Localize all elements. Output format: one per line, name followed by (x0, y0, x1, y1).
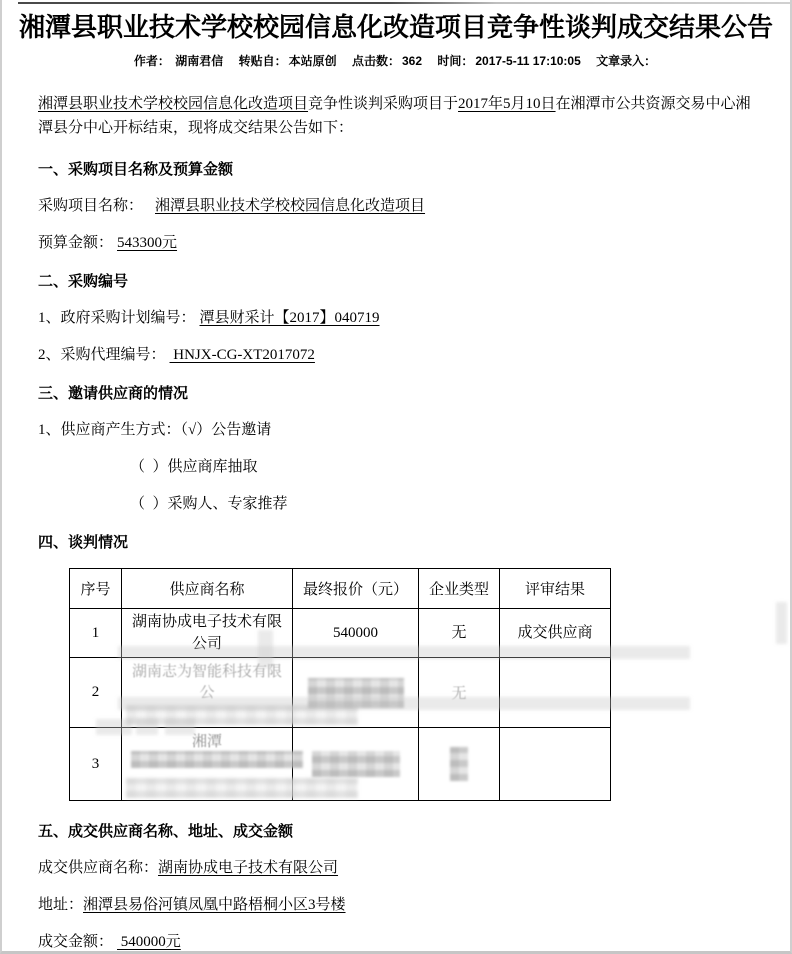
cell-result (500, 728, 611, 801)
meta-source-value: 本站原创 (289, 54, 337, 68)
meta-author-value: 湖南君信 (175, 54, 223, 68)
method-option-announcement: （√）公告邀请 (181, 422, 272, 438)
meta-time-value: 2017-5-11 17:10:05 (475, 54, 580, 68)
table-row: 3 湘潭 (70, 728, 611, 801)
intro-text-1: 竞争性谈判采购项目于 (308, 96, 458, 112)
meta-time: 时间：2017-5-11 17:10:05 (437, 54, 580, 68)
cell-price: 540000 (293, 609, 419, 658)
plan-number-label: 1、政府采购计划编号： (38, 310, 196, 326)
redaction-block (312, 751, 400, 777)
article-body: 湘潭县职业技术学校校园信息化改造项目竞争性谈判采购项目于2017年5月10日在湘… (2, 92, 790, 951)
agency-number-line: 2、采购代理编号： HNJX-CG-XT2017072 (38, 347, 760, 364)
meta-entry: 文章录入： (596, 54, 658, 68)
cell-type-redacted: 无 (419, 658, 500, 728)
budget-line: 预算金额：543300元 (38, 235, 760, 252)
winner-label: 成交供应商名称： (38, 860, 158, 876)
method-option-recommend: （ ）采购人、专家推荐 (38, 496, 760, 513)
redaction-block (308, 678, 404, 708)
redaction-block (450, 747, 468, 781)
meta-entry-label: 文章录入： (596, 54, 656, 68)
project-name-label: 采购项目名称： (38, 198, 143, 214)
address-label: 地址： (38, 897, 83, 913)
cell-seq: 3 (70, 728, 122, 801)
project-name-line: 采购项目名称：湘潭县职业技术学校校园信息化改造项目 (38, 198, 760, 215)
article-meta: 作者： 湖南君信 转贴自：本站原创 点击数：362 时间：2017-5-11 1… (2, 54, 790, 69)
section3-heading: 三、邀请供应商的情况 (38, 385, 760, 402)
redaction-block (126, 705, 358, 725)
redacted-supplier-text: 湖南志为智能科技有限公 (126, 660, 288, 702)
amount-line: 成交金额： 540000元 (38, 934, 760, 951)
col-header-supplier: 供应商名称 (122, 569, 293, 609)
meta-source-label: 转贴自： (239, 54, 287, 68)
meta-author-label: 作者： (134, 54, 170, 68)
table-row: 2 湖南志为智能科技有限公 无 (70, 658, 611, 728)
section1-heading: 一、采购项目名称及预算金额 (38, 161, 760, 178)
cell-result: 成交供应商 (500, 609, 611, 658)
col-header-result: 评审结果 (500, 569, 611, 609)
intro-project-name: 湘潭县职业技术学校校园信息化改造项目 (38, 96, 308, 112)
table-header-row: 序号 供应商名称 最终报价（元） 企业类型 评审结果 (70, 569, 611, 609)
page-title: 湘潭县职业技术学校校园信息化改造项目竞争性谈判成交结果公告 (4, 11, 788, 45)
col-header-seq: 序号 (70, 569, 122, 609)
section4-heading: 四、谈判情况 (38, 534, 760, 551)
cell-seq: 1 (70, 609, 122, 658)
budget-label: 预算金额： (38, 235, 113, 251)
project-name-value: 湘潭县职业技术学校校园信息化改造项目 (155, 198, 425, 214)
cell-type: 无 (419, 609, 500, 658)
announcement-page: 湘潭县职业技术学校校园信息化改造项目竞争性谈判成交结果公告 作者： 湖南君信 转… (0, 0, 792, 954)
plan-number-line: 1、政府采购计划编号：潭县财采计【2017】040719 (38, 310, 760, 327)
meta-time-label: 时间： (437, 54, 473, 68)
intro-paragraph: 湘潭县职业技术学校校园信息化改造项目竞争性谈判采购项目于2017年5月10日在湘… (38, 92, 760, 140)
supplier-method-label: 1、供应商产生方式： (38, 422, 181, 438)
negotiation-table: 序号 供应商名称 最终报价（元） 企业类型 评审结果 1 湖南协成电子技术有限公… (69, 568, 611, 801)
redaction-block (126, 778, 358, 798)
table-row: 1 湖南协成电子技术有限公司 540000 无 成交供应商 (70, 609, 611, 658)
meta-author: 作者： 湖南君信 (134, 54, 223, 68)
address-value: 湘潭县易俗河镇凤凰中路梧桐小区3号楼 (83, 897, 346, 913)
agency-number-value: HNJX-CG-XT2017072 (170, 347, 315, 363)
redaction-block (131, 751, 303, 768)
plan-number-value: 潭县财采计【2017】040719 (200, 310, 380, 326)
section2-heading: 二、采购编号 (38, 273, 760, 290)
cell-seq: 2 (70, 658, 122, 728)
budget-value: 543300元 (117, 235, 177, 251)
col-header-type: 企业类型 (419, 569, 500, 609)
amount-label: 成交金额： (38, 934, 113, 950)
winner-value: 湖南协成电子技术有限公司 (158, 860, 338, 876)
section5-heading: 五、成交供应商名称、地址、成交金额 (38, 823, 760, 840)
intro-date: 2017年5月10日 (458, 96, 556, 112)
cell-supplier-redacted: 湖南志为智能科技有限公 (122, 658, 293, 728)
meta-clicks: 点击数：362 (352, 54, 422, 68)
redacted-supplier-text: 湘潭 (192, 734, 222, 750)
amount-value: 540000元 (117, 934, 181, 950)
agency-number-label: 2、采购代理编号： (38, 347, 166, 363)
meta-clicks-value: 362 (402, 54, 422, 68)
supplier-method-line: 1、供应商产生方式：（√）公告邀请 (38, 422, 760, 439)
cell-supplier: 湖南协成电子技术有限公司 (122, 609, 293, 658)
method-option-pool: （ ）供应商库抽取 (38, 459, 760, 476)
meta-clicks-label: 点击数： (352, 54, 400, 68)
cell-type-redacted (419, 728, 500, 801)
address-line: 地址：湘潭县易俗河镇凤凰中路梧桐小区3号楼 (38, 897, 760, 914)
cell-supplier-redacted: 湘潭 (122, 728, 293, 801)
cell-result (500, 658, 611, 728)
col-header-price: 最终报价（元） (293, 569, 419, 609)
winner-line: 成交供应商名称：湖南协成电子技术有限公司 (38, 860, 760, 877)
meta-source: 转贴自：本站原创 (239, 54, 337, 68)
